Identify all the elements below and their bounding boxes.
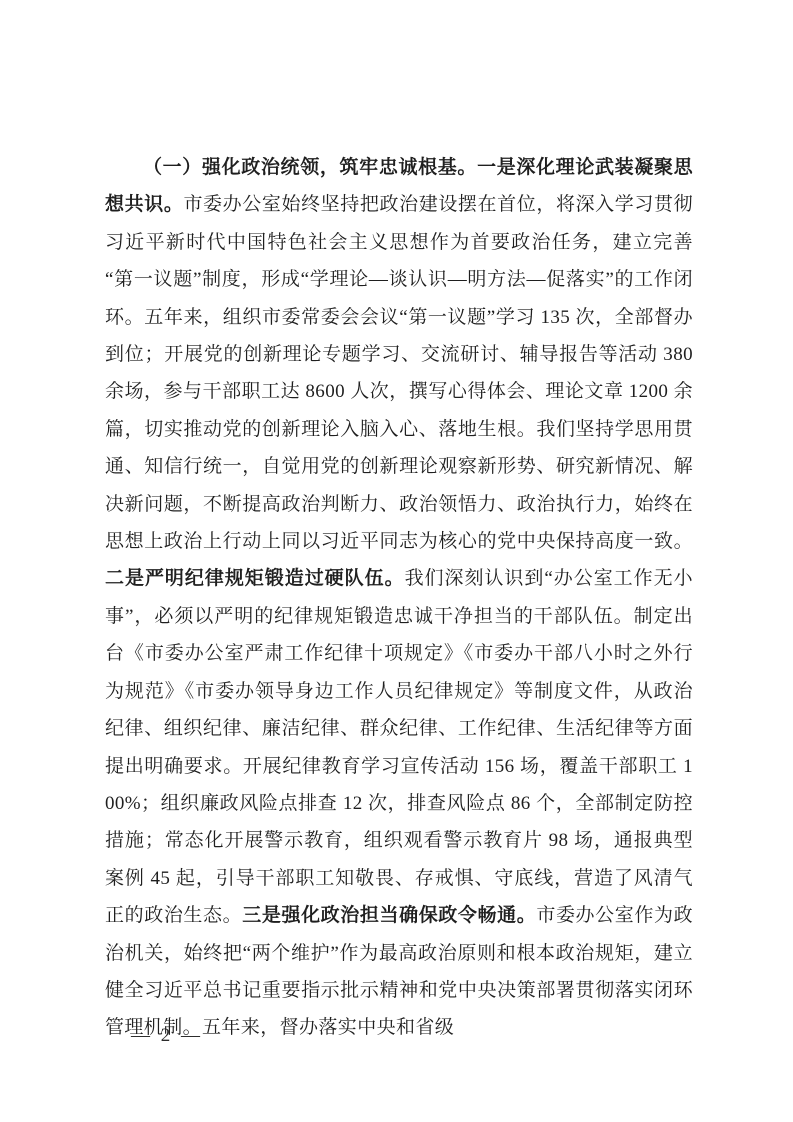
paragraph: （一）强化政治统领，筑牢忠诚根基。一是深化理论武装凝聚思想共识。市委办公室始终坚… [105, 149, 693, 1047]
document-page: （一）强化政治统领，筑牢忠诚根基。一是深化理论武装凝聚思想共识。市委办公室始终坚… [0, 0, 793, 1122]
text-run-emphasis: 二是严明纪律规矩锻造过硬队伍。 [105, 568, 405, 589]
page-number: — 2 — [131, 1025, 203, 1047]
text-run-emphasis: 三是强化政治担当确保政令畅通。 [242, 905, 536, 926]
text-run-body: 我们深刻认识到“办公室工作无小事”，必须以严明的纪律规矩锻造忠诚干净担当的干部队… [105, 568, 693, 926]
text-run-heading: （一）强化政治统领，筑牢忠诚根基。 [143, 157, 477, 178]
document-body: （一）强化政治统领，筑牢忠诚根基。一是深化理论武装凝聚思想共识。市委办公室始终坚… [105, 149, 693, 1047]
text-run-body: 市委办公室始终坚持把政治建设摆在首位，将深入学习贯彻习近平新时代中国特色社会主义… [105, 194, 693, 552]
